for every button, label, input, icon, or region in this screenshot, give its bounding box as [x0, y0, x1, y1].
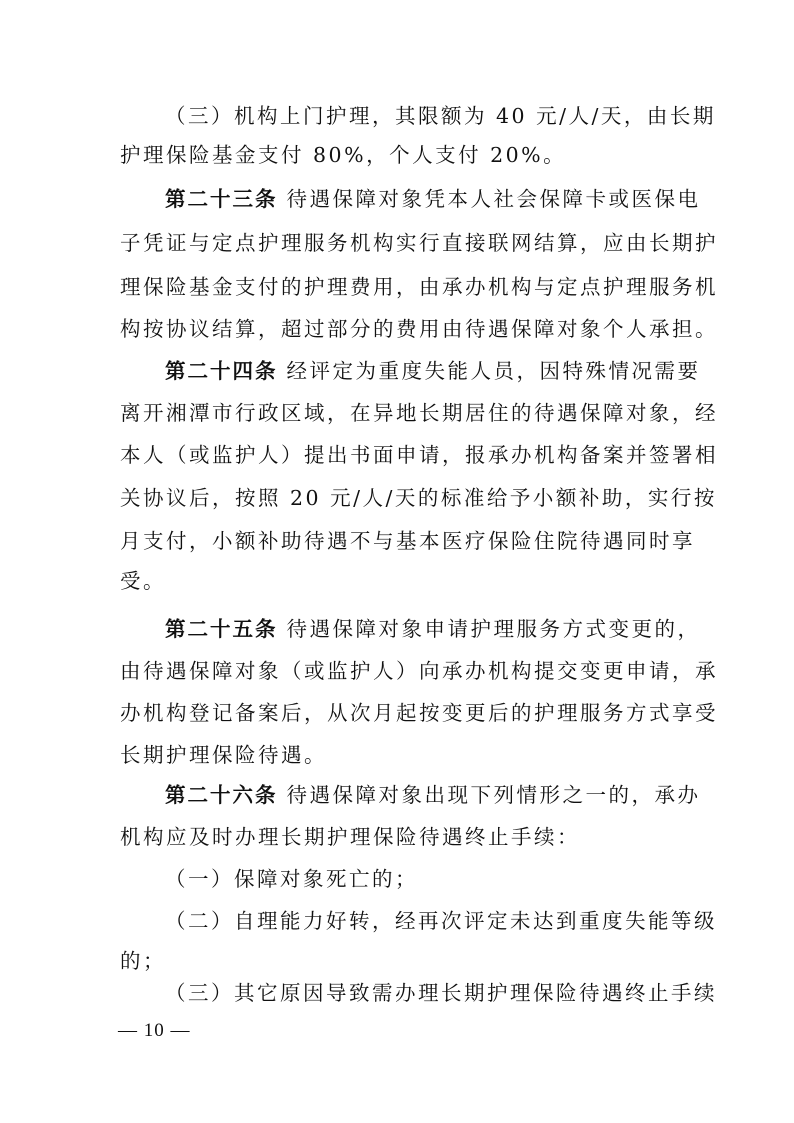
- article-23-heading: 第二十三条: [165, 187, 278, 211]
- article-25-line-3: 办机构登记备案后，从次月起按变更后的护理服务方式享受: [120, 698, 676, 728]
- article-25-line-4: 长期护理保险待遇。: [120, 740, 676, 770]
- item-3-line-2: 护理保险基金支付 80%，个人支付 20%。: [120, 140, 676, 170]
- article-23-text: 待遇保障对象凭本人社会保障卡或医保电: [287, 187, 701, 211]
- article-24-line-3: 本人（或监护人）提出书面申请，报承办机构备案并签署相: [120, 440, 676, 470]
- article-24-text: 经评定为重度失能人员，因特殊情况需要: [287, 359, 701, 383]
- article-24-heading: 第二十四条: [165, 359, 278, 383]
- article-23-line-3: 理保险基金支付的护理费用，由承办机构与定点护理服务机: [120, 272, 676, 302]
- article-26-line-1: 第二十六条 待遇保障对象出现下列情形之一的，承办: [165, 780, 676, 810]
- article-26-item-1: （一）保障对象死亡的；: [165, 864, 676, 894]
- article-26-line-2: 机构应及时办理长期护理保险待遇终止手续：: [120, 822, 676, 852]
- article-25-line-1: 第二十五条 待遇保障对象申请护理服务方式变更的，: [165, 614, 676, 644]
- article-24-line-6: 受。: [120, 566, 676, 596]
- article-26-item-2-line-2: 的；: [120, 946, 676, 976]
- article-23-line-1: 第二十三条 待遇保障对象凭本人社会保障卡或医保电: [165, 184, 676, 214]
- article-24-line-2: 离开湘潭市行政区域，在异地长期居住的待遇保障对象，经: [120, 398, 676, 428]
- page-number: — 10 —: [118, 1017, 191, 1045]
- article-23-line-4: 构按协议结算，超过部分的费用由待遇保障对象个人承担。: [120, 314, 676, 344]
- article-24-line-1: 第二十四条 经评定为重度失能人员，因特殊情况需要: [165, 356, 676, 386]
- article-25-line-2: 由待遇保障对象（或监护人）向承办机构提交变更申请，承: [120, 656, 676, 686]
- article-25-text: 待遇保障对象申请护理服务方式变更的，: [287, 617, 701, 641]
- article-25-heading: 第二十五条: [165, 617, 278, 641]
- article-23-line-2: 子凭证与定点护理服务机构实行直接联网结算，应由长期护: [120, 228, 676, 258]
- item-3-line-1: （三）机构上门护理，其限额为 40 元/人/天，由长期: [165, 101, 676, 131]
- article-24-line-5: 月支付，小额补助待遇不与基本医疗保险住院待遇同时享: [120, 526, 676, 556]
- article-26-text: 待遇保障对象出现下列情形之一的，承办: [287, 783, 701, 807]
- article-26-heading: 第二十六条: [165, 783, 278, 807]
- article-26-item-2-line-1: （二）自理能力好转，经再次评定未达到重度失能等级: [165, 906, 676, 936]
- article-24-line-4: 关协议后，按照 20 元/人/天的标准给予小额补助，实行按: [120, 483, 676, 513]
- document-page: （三）机构上门护理，其限额为 40 元/人/天，由长期 护理保险基金支付 80%…: [0, 0, 794, 1123]
- article-26-item-3: （三）其它原因导致需办理长期护理保险待遇终止手续: [165, 978, 676, 1008]
